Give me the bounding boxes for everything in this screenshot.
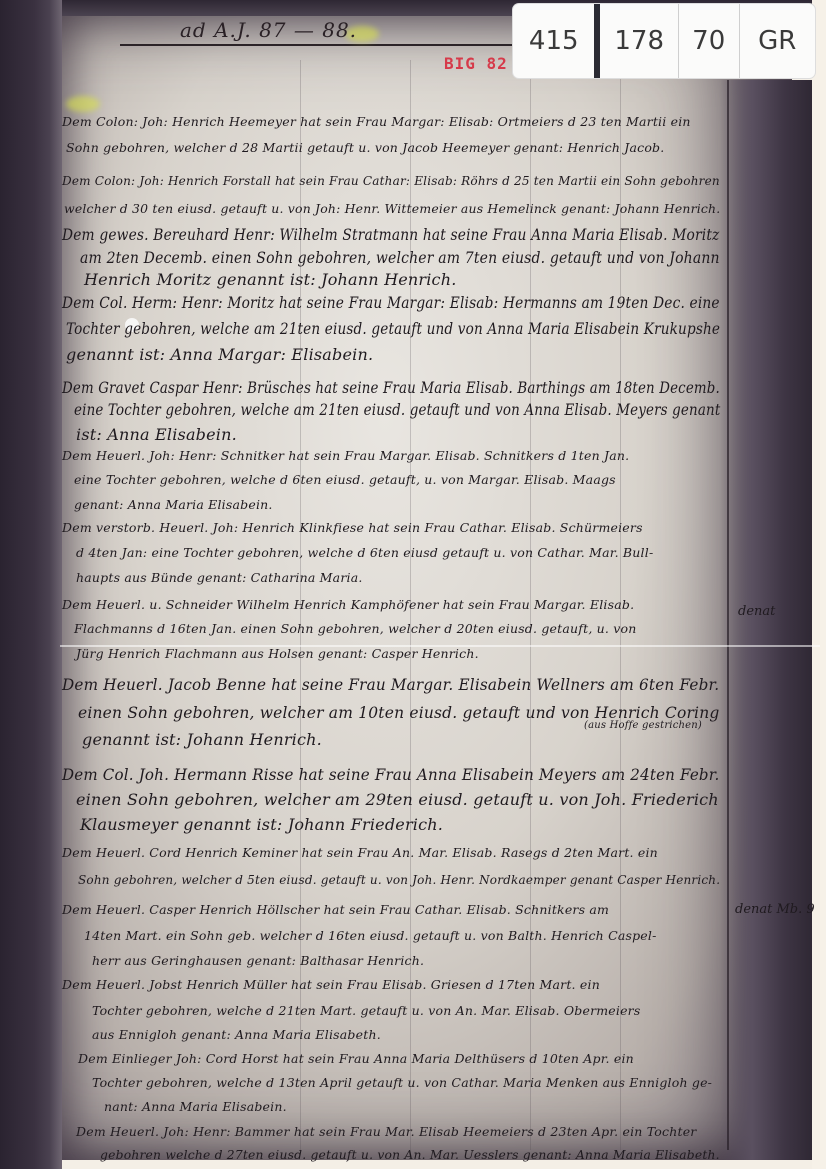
entry-line: Dem Heuerl. u. Schneider Wilhelm Henrich… (62, 597, 634, 612)
entry-line: herr aus Geringhausen genant: Balthasar … (92, 953, 424, 968)
entry-line: Dem Col. Herm: Henr: Moritz hat seine Fr… (62, 293, 720, 312)
inline-note: (aus Hoffe gestrichen) (584, 720, 702, 731)
archive-label-cell: 415 (513, 4, 600, 78)
entry-line: Dem Heuerl. Cord Henrich Keminer hat sei… (62, 845, 658, 860)
entry-line: Tochter gebohren, welche d 21ten Mart. g… (92, 1003, 640, 1018)
entry-line: aus Ennigloh genant: Anna Maria Elisabet… (92, 1027, 381, 1042)
entry-line: genannt ist: Anna Margar: Elisabein. (66, 345, 373, 364)
margin-note: denat Mb. 9 (735, 902, 815, 917)
archive-label: 415 178 70 GR (513, 4, 815, 78)
right-paper-margin (812, 0, 826, 1169)
right-gutter-shadow (720, 80, 812, 1160)
entry-line: welcher d 30 ten eiusd. getauft u. von J… (64, 201, 720, 216)
entry-line: Dem gewes. Bereuhard Henr: Wilhelm Strat… (62, 225, 719, 244)
entry-line: Dem Col. Joh. Hermann Risse hat seine Fr… (62, 765, 719, 784)
entry-line: Dem Heuerl. Casper Henrich Höllscher hat… (62, 902, 609, 917)
entry-line: Tochter gebohren, welche am 21ten eiusd.… (66, 319, 720, 338)
entry-line: Sohn gebohren, welcher d 28 Martii getau… (66, 140, 664, 155)
entry-line: nant: Anna Maria Elisabein. (104, 1099, 287, 1114)
entry-line: Henrich Moritz genannt ist: Johann Henri… (84, 270, 457, 289)
yellow-highlight-mark (66, 96, 100, 112)
archive-stamp: BIG 82 (444, 54, 508, 73)
entry-line: eine Tochter gebohren, welche d 6ten eiu… (74, 472, 616, 487)
page-header-reference: ad A.J. 87 — 88. (180, 18, 357, 42)
margin-rule (727, 80, 729, 1150)
archive-label-cell: GR (740, 4, 815, 78)
entry-line: eine Tochter gebohren, welche am 21ten e… (74, 400, 720, 419)
entry-line: Dem Colon: Joh: Henrich Forstall hat sei… (62, 173, 720, 188)
archive-label-cell: 70 (679, 4, 740, 78)
archive-label-cell: 178 (600, 4, 678, 78)
entry-line: Klausmeyer genannt ist: Johann Friederic… (80, 815, 443, 834)
entry-line: Dem Gravet Caspar Henr: Brüsches hat sei… (62, 378, 720, 397)
entry-line: Tochter gebohren, welche d 13ten April g… (92, 1075, 712, 1090)
entry-line: Dem Colon: Joh: Henrich Heemeyer hat sei… (62, 114, 691, 129)
entry-line: Dem Einlieger Joh: Cord Horst hat sein F… (78, 1051, 634, 1066)
left-binding-edge (0, 0, 62, 1169)
entry-line: ist: Anna Elisabein. (76, 425, 237, 444)
entry-line: am 2ten Decemb. einen Sohn gebohren, wel… (80, 248, 720, 267)
entry-line: Dem Heuerl. Jacob Benne hat seine Frau M… (62, 675, 719, 694)
entry-line: Dem verstorb. Heuerl. Joh: Henrich Klink… (62, 520, 643, 535)
entry-line: haupts aus Bünde genant: Catharina Maria… (76, 570, 363, 585)
entry-line: Dem Heuerl. Joh: Henr: Schnitker hat sei… (62, 448, 629, 463)
margin-note: denat (738, 604, 775, 619)
entry-line: gebohren welche d 27ten eiusd. getauft u… (100, 1147, 720, 1162)
entry-line: Dem Heuerl. Jobst Henrich Müller hat sei… (62, 977, 600, 992)
entry-line: genannt ist: Johann Henrich. (82, 730, 322, 749)
entry-line: Dem Heuerl. Joh: Henr: Bammer hat sein F… (76, 1124, 696, 1139)
entry-line: Flachmanns d 16ten Jan. einen Sohn geboh… (74, 621, 637, 636)
entry-line: 14ten Mart. ein Sohn geb. welcher d 16te… (84, 928, 657, 943)
entry-line: einen Sohn gebohren, welcher am 29ten ei… (76, 790, 719, 809)
entry-line: genant: Anna Maria Elisabein. (74, 497, 273, 512)
scanned-document: ad A.J. 87 — 88. BIG 82 415 178 70 GR De… (0, 0, 826, 1169)
entry-line: Sohn gebohren, welcher d 5ten eiusd. get… (78, 872, 720, 887)
entry-line: Jürg Henrich Flachmann aus Holsen genant… (76, 646, 479, 661)
entry-line: d 4ten Jan: eine Tochter gebohren, welch… (76, 545, 653, 560)
